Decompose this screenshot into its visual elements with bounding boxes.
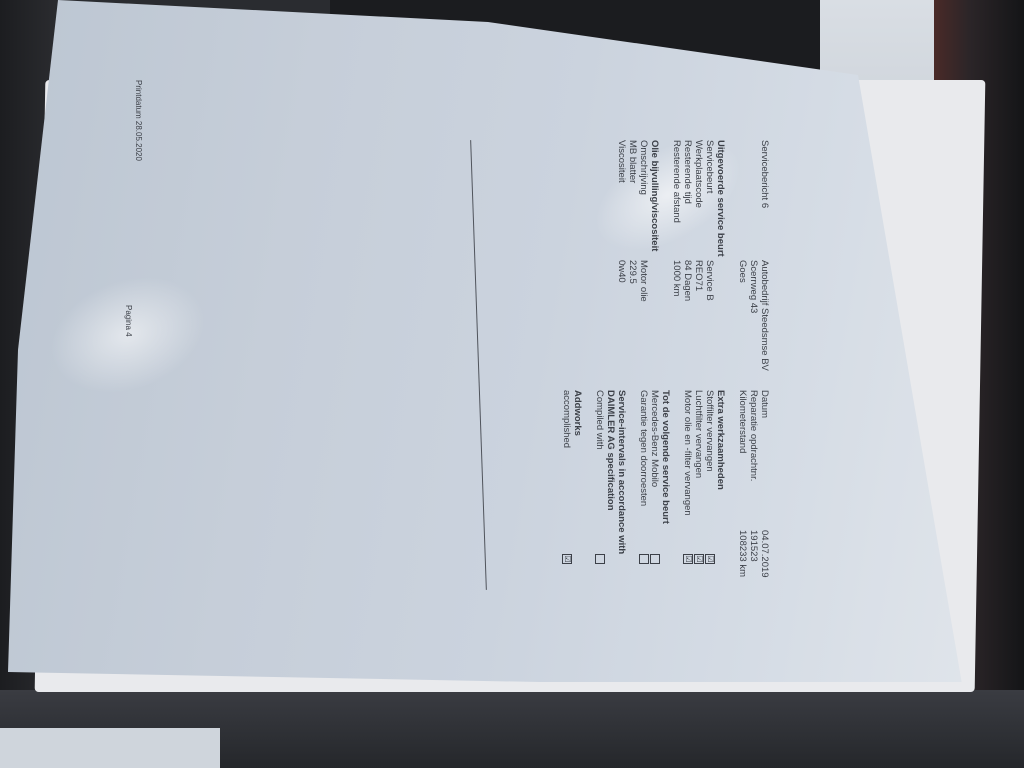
oil-label: MB blatter <box>627 140 638 260</box>
intervals-heading-2: DAIMLER AG specification <box>605 390 616 578</box>
checkbox-empty-icon <box>639 554 649 564</box>
extra-item: Stoffilter vervangen <box>704 390 715 550</box>
checkbox-empty-icon <box>595 554 605 564</box>
service-value: 84 Dagen <box>682 260 693 301</box>
service-value: 1000 km <box>671 260 682 296</box>
service-label: Resterende tijd <box>682 140 693 260</box>
oil-value: 229.5 <box>627 260 638 284</box>
meta-value: 04.07.2019 <box>759 530 770 578</box>
meta-value: 108233 km <box>737 530 748 577</box>
service-label: Werkplaatscode <box>693 140 704 260</box>
page-number: Pagina 4 <box>124 305 133 337</box>
oil-label: Omschrijving <box>638 140 649 260</box>
extra-heading: Extra werkzaamheden <box>715 390 726 578</box>
dealer-street: Scerrweg 43 <box>748 260 759 400</box>
checkbox-checked-icon: ☑ <box>705 554 715 564</box>
meta-value: 191523 <box>748 530 759 562</box>
intervals-heading: Service-intervals in accordance with <box>616 390 627 578</box>
service-value: Service B <box>704 260 715 301</box>
meta-label: Datum <box>759 390 770 530</box>
oil-heading: Olie bijvulling/viscositeit <box>649 140 660 400</box>
service-label: Resterende afstand <box>671 140 682 260</box>
service-label: Servicebeurt <box>704 140 715 260</box>
left-block: Servicebericht 6 Autobedrijf Steedsmse B… <box>616 140 770 400</box>
service-report-page: Printdatum 28.05.2020 Pagina 4 <box>8 0 963 682</box>
report-title: Servicebericht 6 <box>759 140 770 260</box>
service-heading: Uitgevoerde service beurt <box>715 140 726 400</box>
addworks-heading: Addworks <box>572 390 583 578</box>
checkbox-checked-icon: ☑ <box>562 554 572 564</box>
oil-label: Viscositeit <box>616 140 627 260</box>
checkbox-empty-icon <box>650 554 660 564</box>
dealer-city: Goes <box>737 260 748 400</box>
addworks-item: accomplished <box>561 390 572 550</box>
dealer-name: Autobedrijf Steedsmse BV <box>759 260 770 400</box>
oil-value: Motor olie <box>638 260 649 302</box>
next-item: Mercedes-Benz Mobilo <box>649 390 660 550</box>
paper-corner <box>0 728 220 768</box>
extra-item: Luchtfilter vervangen <box>693 390 704 550</box>
checkbox-checked-icon: ☑ <box>683 554 693 564</box>
checkbox-checked-icon: ☑ <box>694 554 704 564</box>
meta-label: Reparatie opdrachtnr. <box>748 390 759 530</box>
print-date: Printdatum 28.05.2020 <box>134 80 143 161</box>
next-item: Garantie tegen doorroesten <box>638 390 649 550</box>
meta-label: Kilometerstand <box>737 390 748 530</box>
intervals-item: Compiled with <box>594 390 605 550</box>
next-service-heading: Tot de volgende service beurt <box>660 390 671 578</box>
right-block: Datum04.07.2019 Reparatie opdrachtnr.191… <box>561 390 770 578</box>
divider-line <box>470 140 487 590</box>
service-value: REO71 <box>693 260 704 291</box>
oil-value: 0w40 <box>616 260 627 283</box>
extra-item: Motor olie en -filter vervangen <box>682 390 693 550</box>
